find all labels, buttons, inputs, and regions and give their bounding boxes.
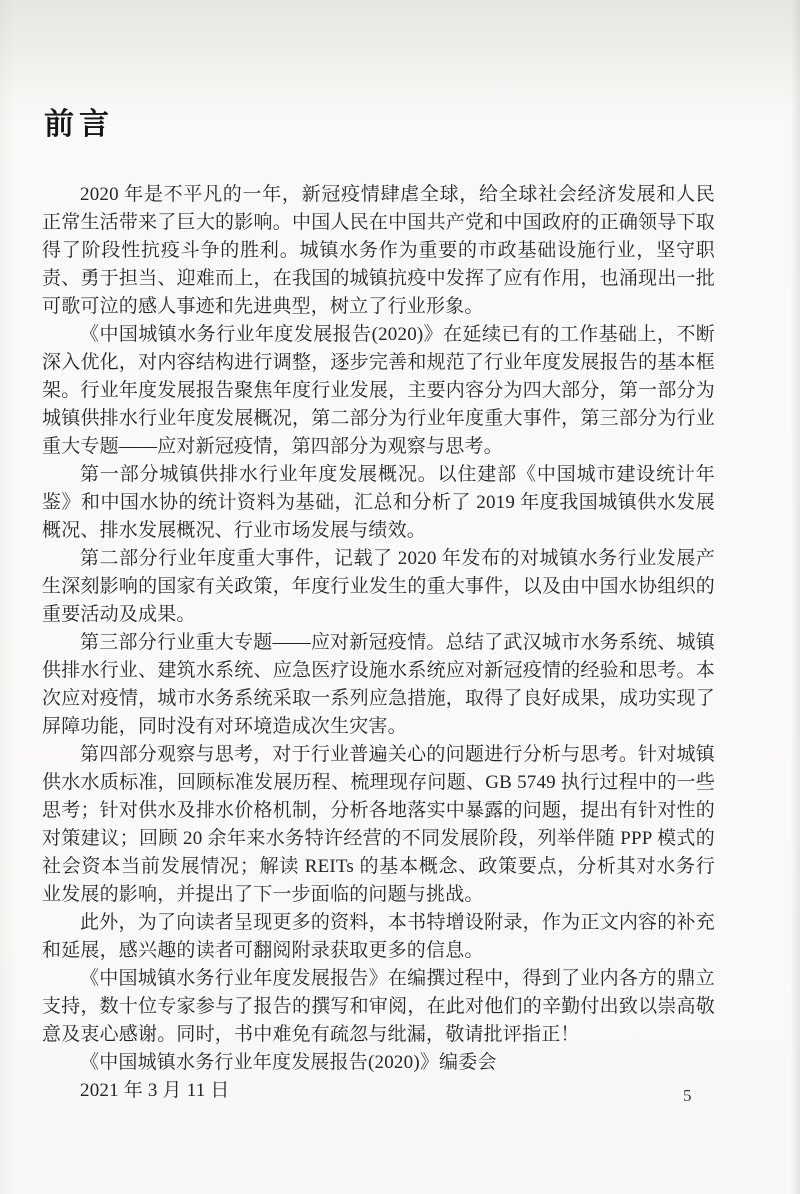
scanned-document-page: 前言 2020 年是不平凡的一年，新冠疫情肆虐全球，给全球社会经济发展和人民正常…: [0, 0, 800, 1194]
document-body: 2020 年是不平凡的一年，新冠疫情肆虐全球，给全球社会经济发展和人民正常生活带…: [42, 181, 715, 1105]
signature-line: 《中国城镇水务行业年度发展报告(2020)》编委会: [42, 1049, 715, 1077]
paragraph-intro-2020: 2020 年是不平凡的一年，新冠疫情肆虐全球，给全球社会经济发展和人民正常生活带…: [42, 181, 715, 321]
page-title: 前言: [44, 108, 114, 142]
page-number: 5: [683, 1085, 692, 1107]
paragraph-appendix: 此外，为了向读者呈现更多的资料，本书特增设附录，作为正文内容的补充和延展，感兴趣…: [42, 909, 715, 965]
paragraph-part-three: 第三部分行业重大专题——应对新冠疫情。总结了武汉城市水务系统、城镇供排水行业、建…: [42, 629, 715, 741]
paragraph-report-structure: 《中国城镇水务行业年度发展报告(2020)》在延续已有的工作基础上，不断深入优化…: [42, 321, 715, 461]
paragraph-acknowledgement: 《中国城镇水务行业年度发展报告》在编撰过程中，得到了业内各方的鼎立支持，数十位专…: [42, 965, 715, 1049]
paragraph-part-four: 第四部分观察与思考，对于行业普遍关心的问题进行分析与思考。针对城镇供水水质标准，…: [42, 741, 715, 909]
date-line: 2021 年 3 月 11 日: [42, 1077, 715, 1105]
paragraph-part-two: 第二部分行业年度重大事件，记载了 2020 年发布的对城镇水务行业发展产生深刻影…: [42, 545, 715, 629]
paragraph-part-one: 第一部分城镇供排水行业年度发展概况。以住建部《中国城市建设统计年鉴》和中国水协的…: [42, 461, 715, 545]
